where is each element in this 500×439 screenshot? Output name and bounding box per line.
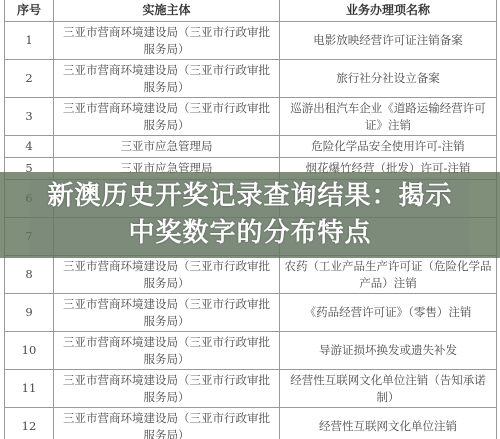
cell-item-name: 电影放映经营许可证注销备案 — [280, 22, 497, 60]
cell-serial-no: 10 — [5, 332, 54, 370]
headline-text: 新澳历史开奖记录查询结果：揭示中奖数字的分布特点 — [0, 172, 500, 258]
header-agency: 实施主体 — [54, 0, 280, 22]
cell-item-name: 危险化学品安全使用许可-注销 — [280, 136, 497, 158]
table-row: 2 三亚市营商环境建设局（三亚市行政审批服务局） 旅行社分社设立备案 — [5, 60, 497, 98]
table-row: 12 三亚市营商环境建设局（三亚市行政审批服务局） 经营性互联网文化单位注销 — [5, 408, 497, 439]
cell-serial-no: 1 — [5, 22, 54, 60]
cell-agency: 三亚市营商环境建设局（三亚市行政审批服务局） — [54, 22, 280, 60]
cell-agency: 三亚市营商环境建设局（三亚市行政审批服务局） — [54, 98, 280, 136]
table-row: 10 三亚市营商环境建设局（三亚市行政审批服务局） 导游证损坏换发或遗失补发 — [5, 332, 497, 370]
cell-item-name: 经营性互联网文化单位注销（告知承诺制） — [280, 370, 497, 408]
cell-serial-no: 3 — [5, 98, 54, 136]
cell-serial-no: 9 — [5, 294, 54, 332]
table-row: 4 三亚市应急管理局 危险化学品安全使用许可-注销 — [5, 136, 497, 158]
cell-agency: 三亚市营商环境建设局（三亚市行政审批服务局） — [54, 256, 280, 294]
cell-serial-no: 12 — [5, 408, 54, 439]
cell-item-name: 导游证损坏换发或遗失补发 — [280, 332, 497, 370]
table-row: 1 三亚市营商环境建设局（三亚市行政审批服务局） 电影放映经营许可证注销备案 — [5, 22, 497, 60]
header-item-name: 业务办理项名称 — [280, 0, 497, 22]
table-row: 11 三亚市营商环境建设局（三亚市行政审批服务局） 经营性互联网文化单位注销（告… — [5, 370, 497, 408]
cell-item-name: 农药（工业产品生产许可证（危险化学品产品）注销 — [280, 256, 497, 294]
cell-serial-no: 4 — [5, 136, 54, 158]
table-header-row: 序号 实施主体 业务办理项名称 — [5, 0, 497, 22]
cell-agency: 三亚市营商环境建设局（三亚市行政审批服务局） — [54, 408, 280, 439]
table-row: 8 三亚市营商环境建设局（三亚市行政审批服务局） 农药（工业产品生产许可证（危险… — [5, 256, 497, 294]
cell-serial-no: 11 — [5, 370, 54, 408]
cell-item-name: 旅行社分社设立备案 — [280, 60, 497, 98]
cell-agency: 三亚市营商环境建设局（三亚市行政审批服务局） — [54, 60, 280, 98]
cell-serial-no: 2 — [5, 60, 54, 98]
cell-item-name: 《药品经营许可证》（零售）注销 — [280, 294, 497, 332]
header-serial-no: 序号 — [5, 0, 54, 22]
table-row: 3 三亚市营商环境建设局（三亚市行政审批服务局） 巡游出租汽车企业《道路运输经营… — [5, 98, 497, 136]
cell-serial-no: 8 — [5, 256, 54, 294]
cell-agency: 三亚市应急管理局 — [54, 136, 280, 158]
cell-agency: 三亚市营商环境建设局（三亚市行政审批服务局） — [54, 332, 280, 370]
cell-agency: 三亚市营商环境建设局（三亚市行政审批服务局） — [54, 294, 280, 332]
cell-agency: 三亚市营商环境建设局（三亚市行政审批服务局） — [54, 370, 280, 408]
table-row: 9 三亚市营商环境建设局（三亚市行政审批服务局） 《药品经营许可证》（零售）注销 — [5, 294, 497, 332]
cell-item-name: 巡游出租汽车企业《道路运输经营许可证》注销 — [280, 98, 497, 136]
cell-item-name: 经营性互联网文化单位注销 — [280, 408, 497, 439]
